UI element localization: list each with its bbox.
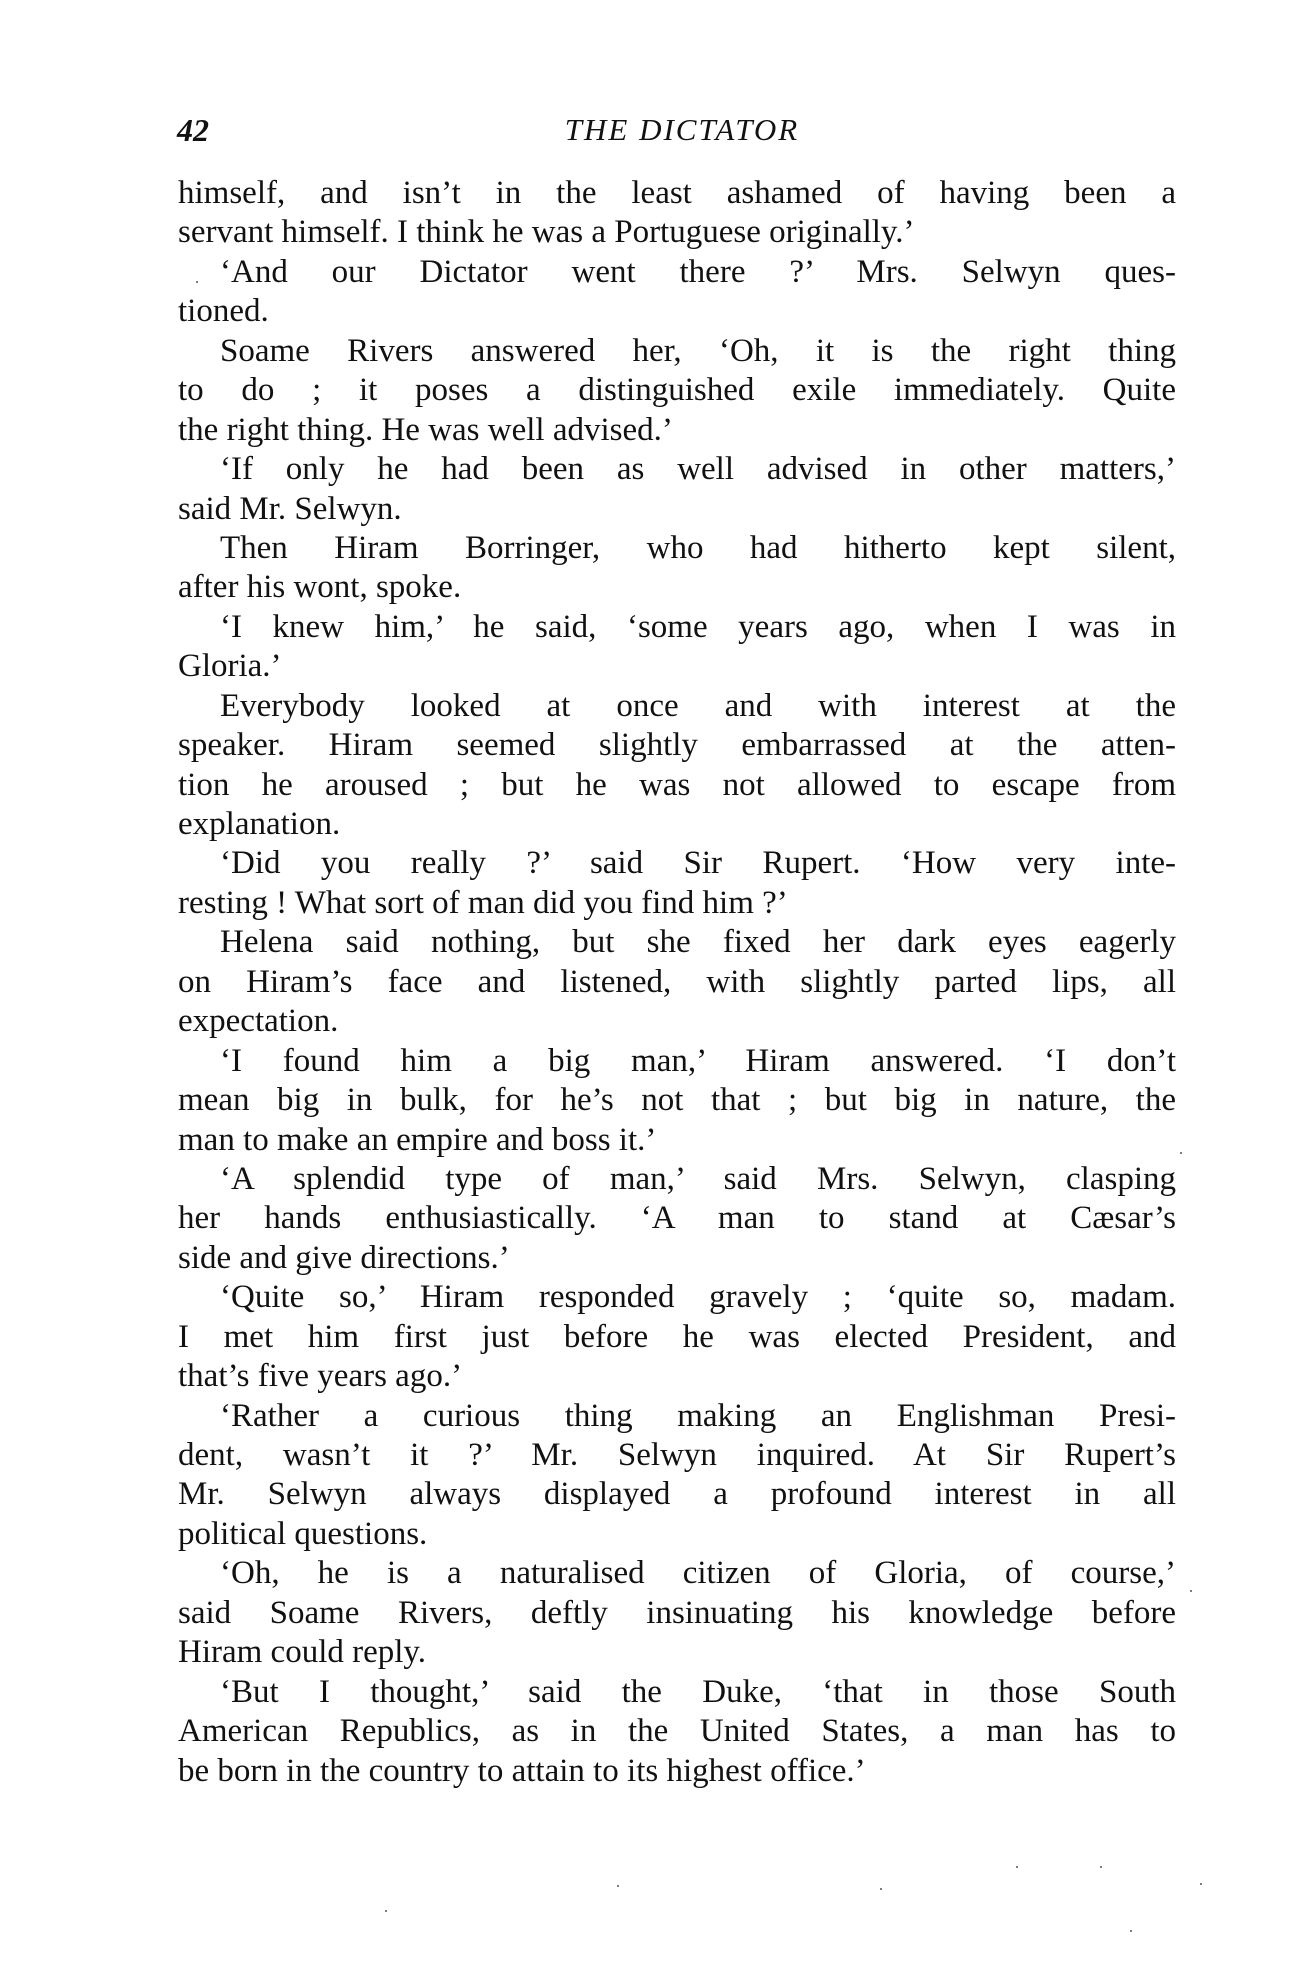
text-line: Hiram could reply. <box>178 1633 1176 1672</box>
text-line: tion he aroused ; but he was not allowed… <box>178 766 1176 805</box>
text-line: ‘Quite so,’ Hiram responded gravely ; ‘q… <box>178 1278 1176 1317</box>
text-line: said Soame Rivers, deftly insinuating hi… <box>178 1594 1176 1633</box>
text-line: tioned. <box>178 292 1176 331</box>
book-page: 42 THE DICTATOR himself, and isn’t in th… <box>0 0 1294 1962</box>
text-line: ‘A splendid type of man,’ said Mrs. Selw… <box>178 1160 1176 1199</box>
text-line: on Hiram’s face and listened, with sligh… <box>178 963 1176 1002</box>
text-line: ‘Did you really ?’ said Sir Rupert. ‘How… <box>178 844 1176 883</box>
page-number: 42 <box>177 110 209 150</box>
text-line: to do ; it poses a distinguished exile i… <box>178 371 1176 410</box>
text-line: the right thing. He was well advised.’ <box>178 411 1176 450</box>
text-line: himself, and isn’t in the least ashamed … <box>178 174 1176 213</box>
text-line: ‘But I thought,’ said the Duke, ‘that in… <box>178 1673 1176 1712</box>
text-line: be born in the country to attain to its … <box>178 1752 1176 1791</box>
text-line: Everybody looked at once and with intere… <box>178 687 1176 726</box>
text-line: ‘And our Dictator went there ?’ Mrs. Sel… <box>178 253 1176 292</box>
text-line: said Mr. Selwyn. <box>178 490 1176 529</box>
text-line: Mr. Selwyn always displayed a profound i… <box>178 1475 1176 1514</box>
text-line: side and give directions.’ <box>178 1239 1176 1278</box>
text-line: dent, wasn’t it ?’ Mr. Selwyn inquired. … <box>178 1436 1176 1475</box>
text-line: ‘I found him a big man,’ Hiram answered.… <box>178 1042 1176 1081</box>
running-head: 42 THE DICTATOR <box>177 110 1175 150</box>
text-line: Soame Rivers answered her, ‘Oh, it is th… <box>178 332 1176 371</box>
text-line: after his wont, spoke. <box>178 568 1176 607</box>
body-text: himself, and isn’t in the least ashamed … <box>178 174 1176 1791</box>
text-line: that’s five years ago.’ <box>178 1357 1176 1396</box>
text-line: ‘Oh, he is a naturalised citizen of Glor… <box>178 1554 1176 1593</box>
text-line: expectation. <box>178 1002 1176 1041</box>
text-line: Gloria.’ <box>178 647 1176 686</box>
text-line: ‘If only he had been as well advised in … <box>178 450 1176 489</box>
text-line: servant himself. I think he was a Portug… <box>178 213 1176 252</box>
text-line: political questions. <box>178 1515 1176 1554</box>
text-line: Then Hiram Borringer, who had hitherto k… <box>178 529 1176 568</box>
text-line: American Republics, as in the United Sta… <box>178 1712 1176 1751</box>
text-line: her hands enthusiastically. ‘A man to st… <box>178 1199 1176 1238</box>
running-title: THE DICTATOR <box>522 110 842 150</box>
text-line: explanation. <box>178 805 1176 844</box>
text-line: Helena said nothing, but she fixed her d… <box>178 923 1176 962</box>
text-line: ‘Rather a curious thing making an Englis… <box>178 1397 1176 1436</box>
text-line: speaker. Hiram seemed slightly embarrass… <box>178 726 1176 765</box>
text-line: I met him first just before he was elect… <box>178 1318 1176 1357</box>
text-line: ‘I knew him,’ he said, ‘some years ago, … <box>178 608 1176 647</box>
text-line: man to make an empire and boss it.’ <box>178 1121 1176 1160</box>
text-line: resting ! What sort of man did you find … <box>178 884 1176 923</box>
text-line: mean big in bulk, for he’s not that ; bu… <box>178 1081 1176 1120</box>
